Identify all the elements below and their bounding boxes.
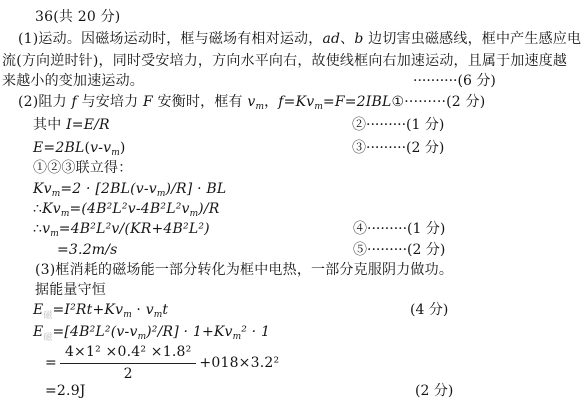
- exam-answer-page: 36(共 20 分) (1)运动。因磁场运动时，框与磁场有相对运动，ad、b 边…: [0, 0, 587, 415]
- vm-value-score: ⑤·········(2 分): [353, 241, 445, 260]
- equation-current: 其中 I=E/R: [33, 116, 110, 135]
- final-result: =2.9J: [45, 382, 86, 401]
- part3-text-line1: (3)框消耗的磁场能一部分转化为框中电热，一部分克服阴力做功。: [35, 261, 453, 280]
- fraction-denominator: 2: [60, 364, 196, 384]
- part2-text-line1: (2)阻力 f 与安培力 F 安衡时，框有 vm，f=Kvm=F=2IBL①··…: [18, 93, 485, 117]
- part1-text-line3: 来越小的变加速运动。: [2, 72, 144, 91]
- part3-text-line2: 据能量守恒: [35, 281, 106, 300]
- question-number: 36(共 20 分): [35, 8, 120, 27]
- fraction-after-term: +018×3.2²: [199, 354, 279, 373]
- combine-equations-text: ①②③联立得：: [33, 159, 132, 178]
- equation-current-score: ②·········(1 分): [352, 116, 444, 135]
- part1-text-line1: (1)运动。因磁场运动时，框与磁场有相对运动，ad、b 边切害虫磁感线，框中产生…: [18, 30, 581, 49]
- equals-sign: =: [45, 354, 57, 373]
- energy-equation-1-score: (4 分): [410, 301, 448, 320]
- fraction: 4×1² ×0.4² ×1.8²2: [60, 343, 196, 384]
- part1-score: ··········(6 分): [413, 72, 496, 91]
- equation-emf-score: ③·········(2 分): [352, 139, 444, 158]
- part1-text-line2: 流(方向逆时针)，同时受安培力，方向水平向右，故使线框向右加速运动，且属于加速度…: [2, 52, 567, 71]
- energy-calculation: =4×1² ×0.4² ×1.8²2+018×3.2²: [45, 343, 279, 384]
- final-result-score: (2 分): [415, 382, 453, 401]
- fraction-numerator: 4×1² ×0.4² ×1.8²: [60, 343, 196, 364]
- equation-vm-score: ④·········(1 分): [353, 220, 445, 239]
- vm-value: =3.2m/s: [57, 241, 118, 260]
